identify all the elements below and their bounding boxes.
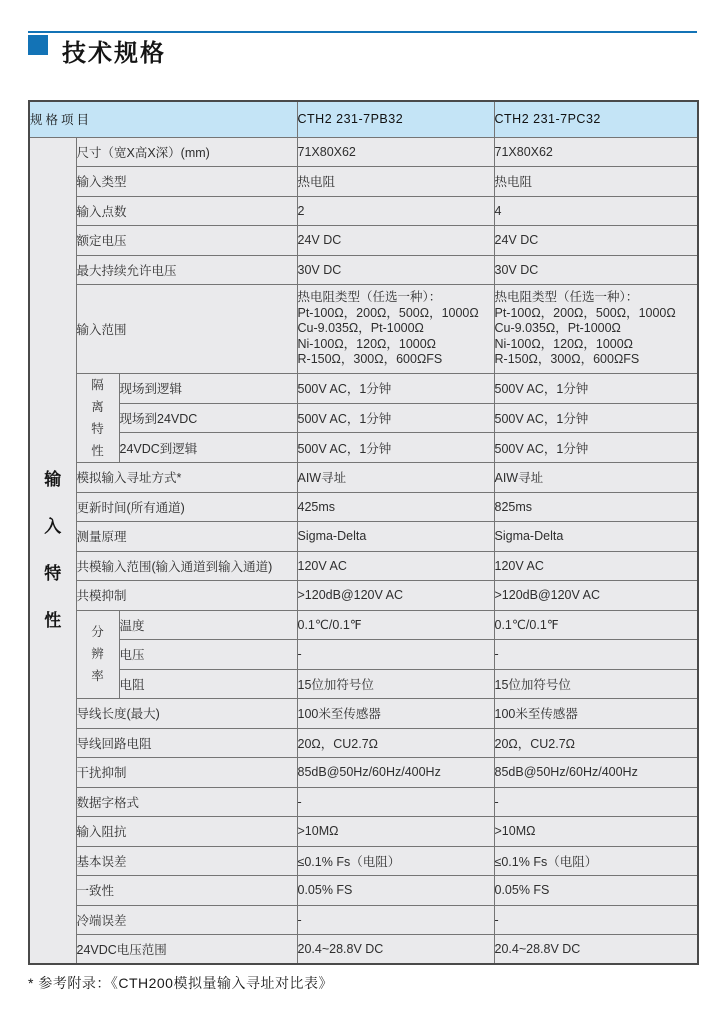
spec-label-cell: 导线回路电阻	[76, 728, 297, 758]
table-row: 输入阻抗 >10MΩ >10MΩ	[29, 817, 698, 847]
spec-value-cell: -	[494, 905, 698, 935]
spec-label-cell: 一致性	[76, 876, 297, 906]
table-row: 模拟输入寻址方式* AIW寻址 AIW寻址	[29, 463, 698, 493]
spec-value-cell: 15位加符号位	[494, 669, 698, 699]
spec-label-cell: 模拟输入寻址方式*	[76, 463, 297, 493]
table-row: 最大持续允许电压 30V DC 30V DC	[29, 255, 698, 285]
spec-value-cell: -	[297, 905, 494, 935]
spec-value-cell: 热电阻	[297, 167, 494, 197]
spec-label-cell: 输入范围	[76, 285, 297, 374]
spec-label-cell: 输入类型	[76, 167, 297, 197]
page-title: 技术规格	[62, 33, 166, 68]
spec-value-cell: 100米至传感器	[494, 699, 698, 729]
spec-label-cell: 额定电压	[76, 226, 297, 256]
column-header-pc32: CTH2 231-7PC32	[494, 101, 698, 137]
spec-value-cell: >120dB@120V AC	[297, 581, 494, 611]
spec-value-cell: 30V DC	[494, 255, 698, 285]
table-row: 现场到24VDC 500V AC，1分钟 500V AC，1分钟	[29, 403, 698, 433]
spec-value-cell: 85dB@50Hz/60Hz/400Hz	[297, 758, 494, 788]
footnote: * 参考附录：《CTH200模拟量输入寻址对比表》	[28, 973, 333, 993]
table-row: 电阻 15位加符号位 15位加符号位	[29, 669, 698, 699]
spec-label-cell: 共模输入范围(输入通道到输入通道)	[76, 551, 297, 581]
spec-value-cell: 0.1℃/0.1℉	[494, 610, 698, 640]
table-header-row: 规格项目 CTH2 231-7PB32 CTH2 231-7PC32	[29, 101, 698, 137]
spec-table: 规格项目 CTH2 231-7PB32 CTH2 231-7PC32 输入特性 …	[28, 100, 699, 965]
spec-label-cell: 更新时间(所有通道)	[76, 492, 297, 522]
spec-value-cell: 425ms	[297, 492, 494, 522]
spec-value-cell: 120V AC	[494, 551, 698, 581]
row-group-label-resolution: 分辨率	[76, 610, 119, 699]
spec-value-cell: AIW寻址	[494, 463, 698, 493]
spec-value-cell: 20Ω，CU2.7Ω	[297, 728, 494, 758]
spec-label-cell: 共模抑制	[76, 581, 297, 611]
spec-label-cell: 现场到逻辑	[119, 374, 297, 404]
spec-label-cell: 数据字格式	[76, 787, 297, 817]
title-bullet-square	[28, 35, 48, 55]
spec-label-cell: 基本误差	[76, 846, 297, 876]
spec-value-cell: >10MΩ	[297, 817, 494, 847]
spec-label-cell: 测量原理	[76, 522, 297, 552]
table-row: 输入特性 尺寸（宽X高X深）(mm) 71X80X62 71X80X62	[29, 137, 698, 167]
spec-value-cell: >10MΩ	[494, 817, 698, 847]
table-row: 测量原理 Sigma-Delta Sigma-Delta	[29, 522, 698, 552]
table-row: 隔离特性 现场到逻辑 500V AC，1分钟 500V AC，1分钟	[29, 374, 698, 404]
table-row: 导线回路电阻 20Ω，CU2.7Ω 20Ω，CU2.7Ω	[29, 728, 698, 758]
spec-value-cell: 热电阻	[494, 167, 698, 197]
spec-value-cell: -	[297, 787, 494, 817]
spec-value-cell: 500V AC，1分钟	[494, 433, 698, 463]
spec-value-cell: AIW寻址	[297, 463, 494, 493]
spec-label-cell: 冷端误差	[76, 905, 297, 935]
table-row: 24VDC到逻辑 500V AC，1分钟 500V AC，1分钟	[29, 433, 698, 463]
table-row: 电压 - -	[29, 640, 698, 670]
spec-label-cell: 最大持续允许电压	[76, 255, 297, 285]
table-row: 输入点数 2 4	[29, 196, 698, 226]
spec-value-cell: 热电阻类型（任选一种）： Pt-100Ω，200Ω，500Ω，1000Ω Cu-…	[297, 285, 494, 374]
table-row: 共模抑制 >120dB@120V AC >120dB@120V AC	[29, 581, 698, 611]
table-row: 分辨率 温度 0.1℃/0.1℉ 0.1℃/0.1℉	[29, 610, 698, 640]
table-row: 额定电压 24V DC 24V DC	[29, 226, 698, 256]
spec-value-cell: -	[494, 787, 698, 817]
spec-value-cell: 20Ω，CU2.7Ω	[494, 728, 698, 758]
spec-value-cell: 500V AC，1分钟	[297, 403, 494, 433]
spec-value-cell: 24V DC	[297, 226, 494, 256]
table-row: 导线长度(最大) 100米至传感器 100米至传感器	[29, 699, 698, 729]
spec-value-cell: 500V AC，1分钟	[494, 374, 698, 404]
row-group-label-isolation: 隔离特性	[76, 374, 119, 463]
spec-value-cell: 0.1℃/0.1℉	[297, 610, 494, 640]
spec-label-cell: 尺寸（宽X高X深）(mm)	[76, 137, 297, 167]
spec-label-cell: 干扰抑制	[76, 758, 297, 788]
spec-value-cell: >120dB@120V AC	[494, 581, 698, 611]
spec-value-cell: Sigma-Delta	[297, 522, 494, 552]
spec-label-cell: 导线长度(最大)	[76, 699, 297, 729]
spec-value-cell: 15位加符号位	[297, 669, 494, 699]
table-row: 输入范围 热电阻类型（任选一种）： Pt-100Ω，200Ω，500Ω，1000…	[29, 285, 698, 374]
table-row: 基本误差 ≤0.1% Fs（电阻） ≤0.1% Fs（电阻）	[29, 846, 698, 876]
spec-label-cell: 现场到24VDC	[119, 403, 297, 433]
spec-value-cell: Sigma-Delta	[494, 522, 698, 552]
spec-label-cell: 温度	[119, 610, 297, 640]
table-row: 输入类型 热电阻 热电阻	[29, 167, 698, 197]
spec-value-cell: 100米至传感器	[297, 699, 494, 729]
spec-label-cell: 输入点数	[76, 196, 297, 226]
spec-value-cell: ≤0.1% Fs（电阻）	[297, 846, 494, 876]
spec-label-cell: 24VDC到逻辑	[119, 433, 297, 463]
spec-value-cell: 71X80X62	[494, 137, 698, 167]
row-group-label-input-characteristics: 输入特性	[29, 137, 76, 964]
spec-value-cell: 71X80X62	[297, 137, 494, 167]
table-row: 共模输入范围(输入通道到输入通道) 120V AC 120V AC	[29, 551, 698, 581]
table-row: 冷端误差 - -	[29, 905, 698, 935]
column-header-spec: 规格项目	[29, 101, 297, 137]
spec-value-cell: 500V AC，1分钟	[297, 433, 494, 463]
spec-value-cell: 0.05% FS	[494, 876, 698, 906]
spec-value-cell: 热电阻类型（任选一种）： Pt-100Ω，200Ω，500Ω，1000Ω Cu-…	[494, 285, 698, 374]
spec-value-cell: 120V AC	[297, 551, 494, 581]
spec-label-cell: 输入阻抗	[76, 817, 297, 847]
spec-value-cell: 4	[494, 196, 698, 226]
spec-value-cell: 0.05% FS	[297, 876, 494, 906]
spec-label-cell: 电阻	[119, 669, 297, 699]
spec-value-cell: 500V AC，1分钟	[494, 403, 698, 433]
column-header-pb32: CTH2 231-7PB32	[297, 101, 494, 137]
table-row: 24VDC电压范围 20.4~28.8V DC 20.4~28.8V DC	[29, 935, 698, 965]
spec-value-cell: 30V DC	[297, 255, 494, 285]
spec-value-cell: 24V DC	[494, 226, 698, 256]
spec-value-cell: -	[297, 640, 494, 670]
spec-value-cell: 2	[297, 196, 494, 226]
table-row: 一致性 0.05% FS 0.05% FS	[29, 876, 698, 906]
spec-value-cell: 825ms	[494, 492, 698, 522]
table-row: 数据字格式 - -	[29, 787, 698, 817]
spec-value-cell: 85dB@50Hz/60Hz/400Hz	[494, 758, 698, 788]
spec-label-cell: 24VDC电压范围	[76, 935, 297, 965]
spec-value-cell: 500V AC，1分钟	[297, 374, 494, 404]
spec-sheet-page: 技术规格 规格项目 CTH2 231-7PB32 CTH2 231-7PC32 …	[0, 0, 725, 1011]
table-row: 更新时间(所有通道) 425ms 825ms	[29, 492, 698, 522]
spec-value-cell: 20.4~28.8V DC	[297, 935, 494, 965]
table-row: 干扰抑制 85dB@50Hz/60Hz/400Hz 85dB@50Hz/60Hz…	[29, 758, 698, 788]
spec-value-cell: 20.4~28.8V DC	[494, 935, 698, 965]
spec-value-cell: ≤0.1% Fs（电阻）	[494, 846, 698, 876]
spec-value-cell: -	[494, 640, 698, 670]
spec-label-cell: 电压	[119, 640, 297, 670]
